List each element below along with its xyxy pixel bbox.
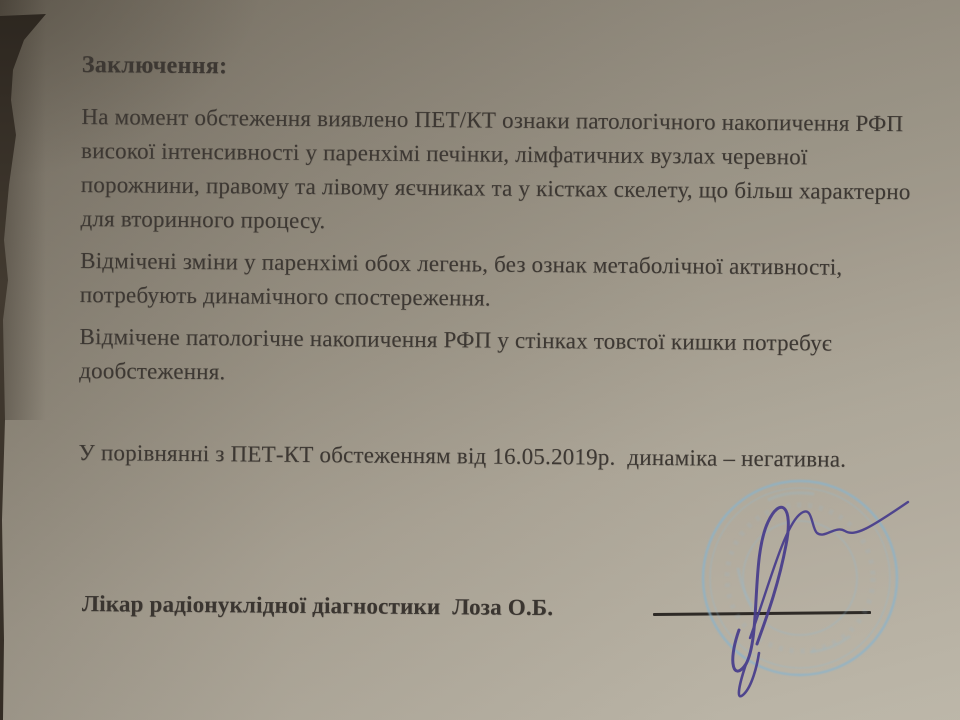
stamp-and-signature — [640, 460, 960, 720]
report-text-block: Заключення: На момент обстеження виявлен… — [78, 50, 932, 485]
conclusion-heading: Заключення: — [82, 50, 932, 87]
paragraph-lungs: Відмічені зміни у паренхімі обох легень,… — [80, 244, 931, 319]
doctor-signature-caption: Лікар радіонуклідної діагностики Лоза О.… — [82, 591, 554, 621]
document-photo: Заключення: На момент обстеження виявлен… — [0, 0, 960, 720]
paragraph-colon: Відмічене патологічне накопичення РФП у … — [79, 320, 930, 395]
paragraph-findings: На момент обстеження виявлено ПЕТ/КТ озн… — [80, 100, 931, 243]
photo-background-edge — [0, 0, 60, 720]
round-stamp-icon — [703, 481, 897, 675]
